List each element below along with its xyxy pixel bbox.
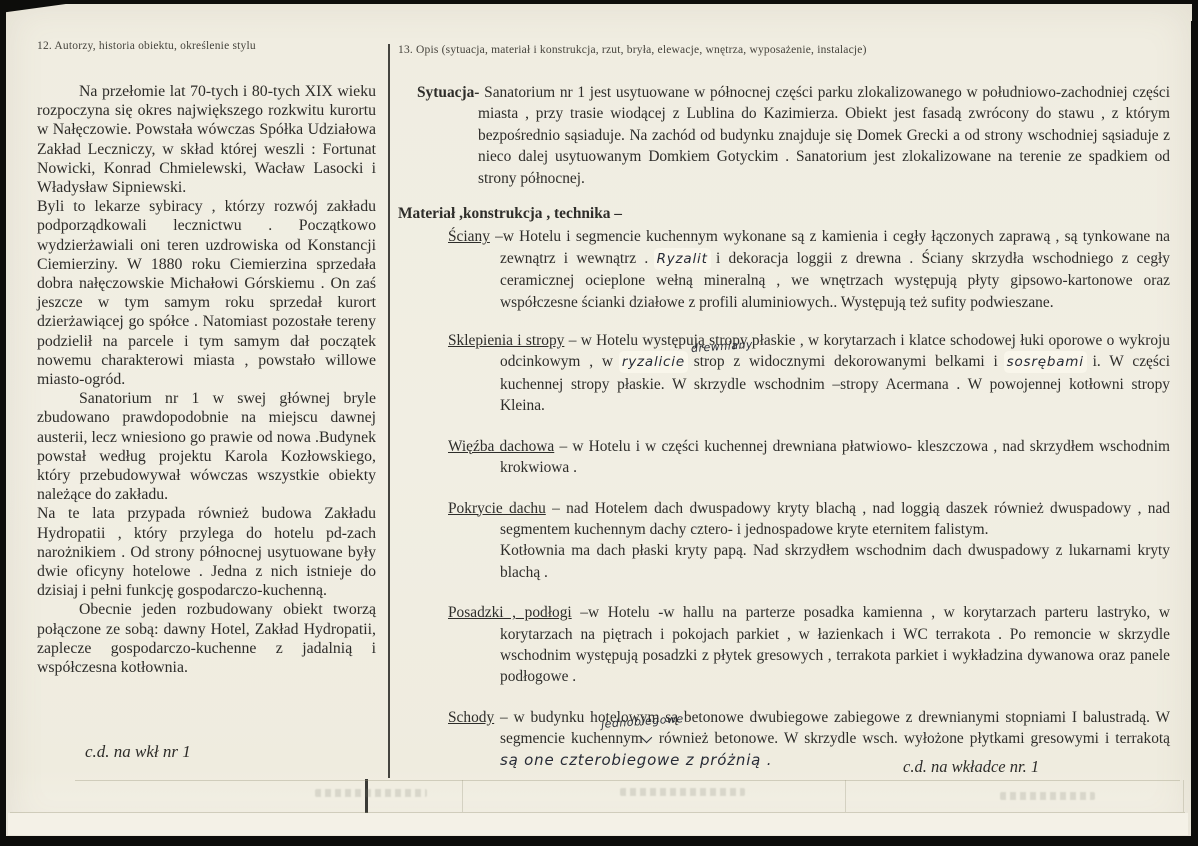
section-text: –w Hotelu -w hallu na parterze posadka k… xyxy=(500,604,1170,685)
section-label: Pokrycie dachu xyxy=(448,500,546,517)
right-continuation-note: c.d. na wkładce nr. 1 xyxy=(903,757,1039,777)
ghost-form-separator xyxy=(845,780,846,812)
section-label: Ściany xyxy=(448,228,490,245)
paragraph: Sanatorium nr 1 w swej głównej bryle zbu… xyxy=(37,389,376,504)
bleed-through-text-smudge xyxy=(315,789,427,797)
paragraph: Na przełomie lat 70-tych i 80-tych XIX w… xyxy=(37,82,376,197)
section-text: Kotłownia ma dach płaski kryty papą. Nad… xyxy=(500,540,1170,583)
section-pokrycie: Pokrycie dachu – nad Hotelem dach dwuspa… xyxy=(448,498,1170,584)
section-label: Posadzki , podłogi xyxy=(448,604,572,621)
bleed-through-text-smudge xyxy=(1000,792,1095,800)
ghost-form-line xyxy=(10,812,1185,813)
ghost-form-line xyxy=(75,780,1180,781)
section-label: Sytuacja- xyxy=(417,84,479,101)
section-text: z widocznymi dekorowanymi belkami i xyxy=(725,353,1007,370)
section-text: Sanatorium nr 1 jest usytuowane w północ… xyxy=(478,84,1170,187)
section-schody: Schody – w budynku hotelowym są betonowe… xyxy=(448,707,1170,771)
section-text: – w Hotelu i w części kuchennej drewnian… xyxy=(500,438,1170,476)
scan-edge-left xyxy=(0,0,6,846)
section-label: Więźba dachowa xyxy=(448,438,554,455)
section-sciany: Ściany –w Hotelu i segmencie kuchennym w… xyxy=(448,226,1170,313)
material-heading: Materiał ,konstrukcja , technika – xyxy=(398,203,1170,224)
section-text: również betonowe. W skrzydle wsch. wyłoż… xyxy=(653,730,1170,747)
paragraph: Byli to lekarze sybiracy , którzy rozwój… xyxy=(37,197,376,389)
handwritten-annotation: Ryzalit xyxy=(657,251,708,267)
section-wiezba: Więźba dachowa – w Hotelu i w części kuc… xyxy=(448,436,1170,479)
right-column-header: 13. Opis (sytuacja, materiał i konstrukc… xyxy=(398,44,867,56)
handwritten-annotation: są one czterobiegowe z próżnią . xyxy=(500,751,772,769)
section-sklepienia: Sklepienia i stropy – w Hotelu występują… xyxy=(448,330,1170,417)
left-column-header: 12. Autorzy, historia obiektu, określeni… xyxy=(37,40,256,52)
section-sytuacja: Sytuacja- Sanatorium nr 1 jest usytuowan… xyxy=(417,82,1170,189)
column-divider-line xyxy=(388,44,390,778)
left-column-text: Na przełomie lat 70-tych i 80-tych XIX w… xyxy=(37,82,376,677)
scan-edge-bottom xyxy=(0,836,1198,846)
handwritten-annotation: sosrębami xyxy=(1007,354,1084,370)
paragraph: Obecnie jeden rozbudowany obiekt tworzą … xyxy=(37,600,376,677)
ghost-form-separator xyxy=(462,780,463,812)
scan-edge-top xyxy=(0,0,1198,4)
paragraph: Na te lata przypada również budowa Zakła… xyxy=(37,504,376,600)
page-bottom-margin xyxy=(8,813,1188,835)
scan-edge-right xyxy=(1191,21,1198,846)
ghost-form-separator xyxy=(1183,780,1184,812)
bleed-through-text-smudge xyxy=(620,788,745,796)
section-label: Schody xyxy=(448,709,494,726)
section-label: Sklepienia i stropy xyxy=(448,332,564,349)
section-text: – nad Hotelem dach dwuspadowy kryty blac… xyxy=(500,500,1170,538)
handwritten-annotation-above: drewniany xyxy=(690,334,753,360)
left-continuation-note: c.d. na wkł nr 1 xyxy=(85,742,191,762)
handwritten-annotation: ryzalicie xyxy=(622,354,685,370)
section-posadzki: Posadzki , podłogi –w Hotelu -w hallu na… xyxy=(448,602,1170,688)
right-column-text: Sytuacja- Sanatorium nr 1 jest usytuowan… xyxy=(398,82,1170,790)
